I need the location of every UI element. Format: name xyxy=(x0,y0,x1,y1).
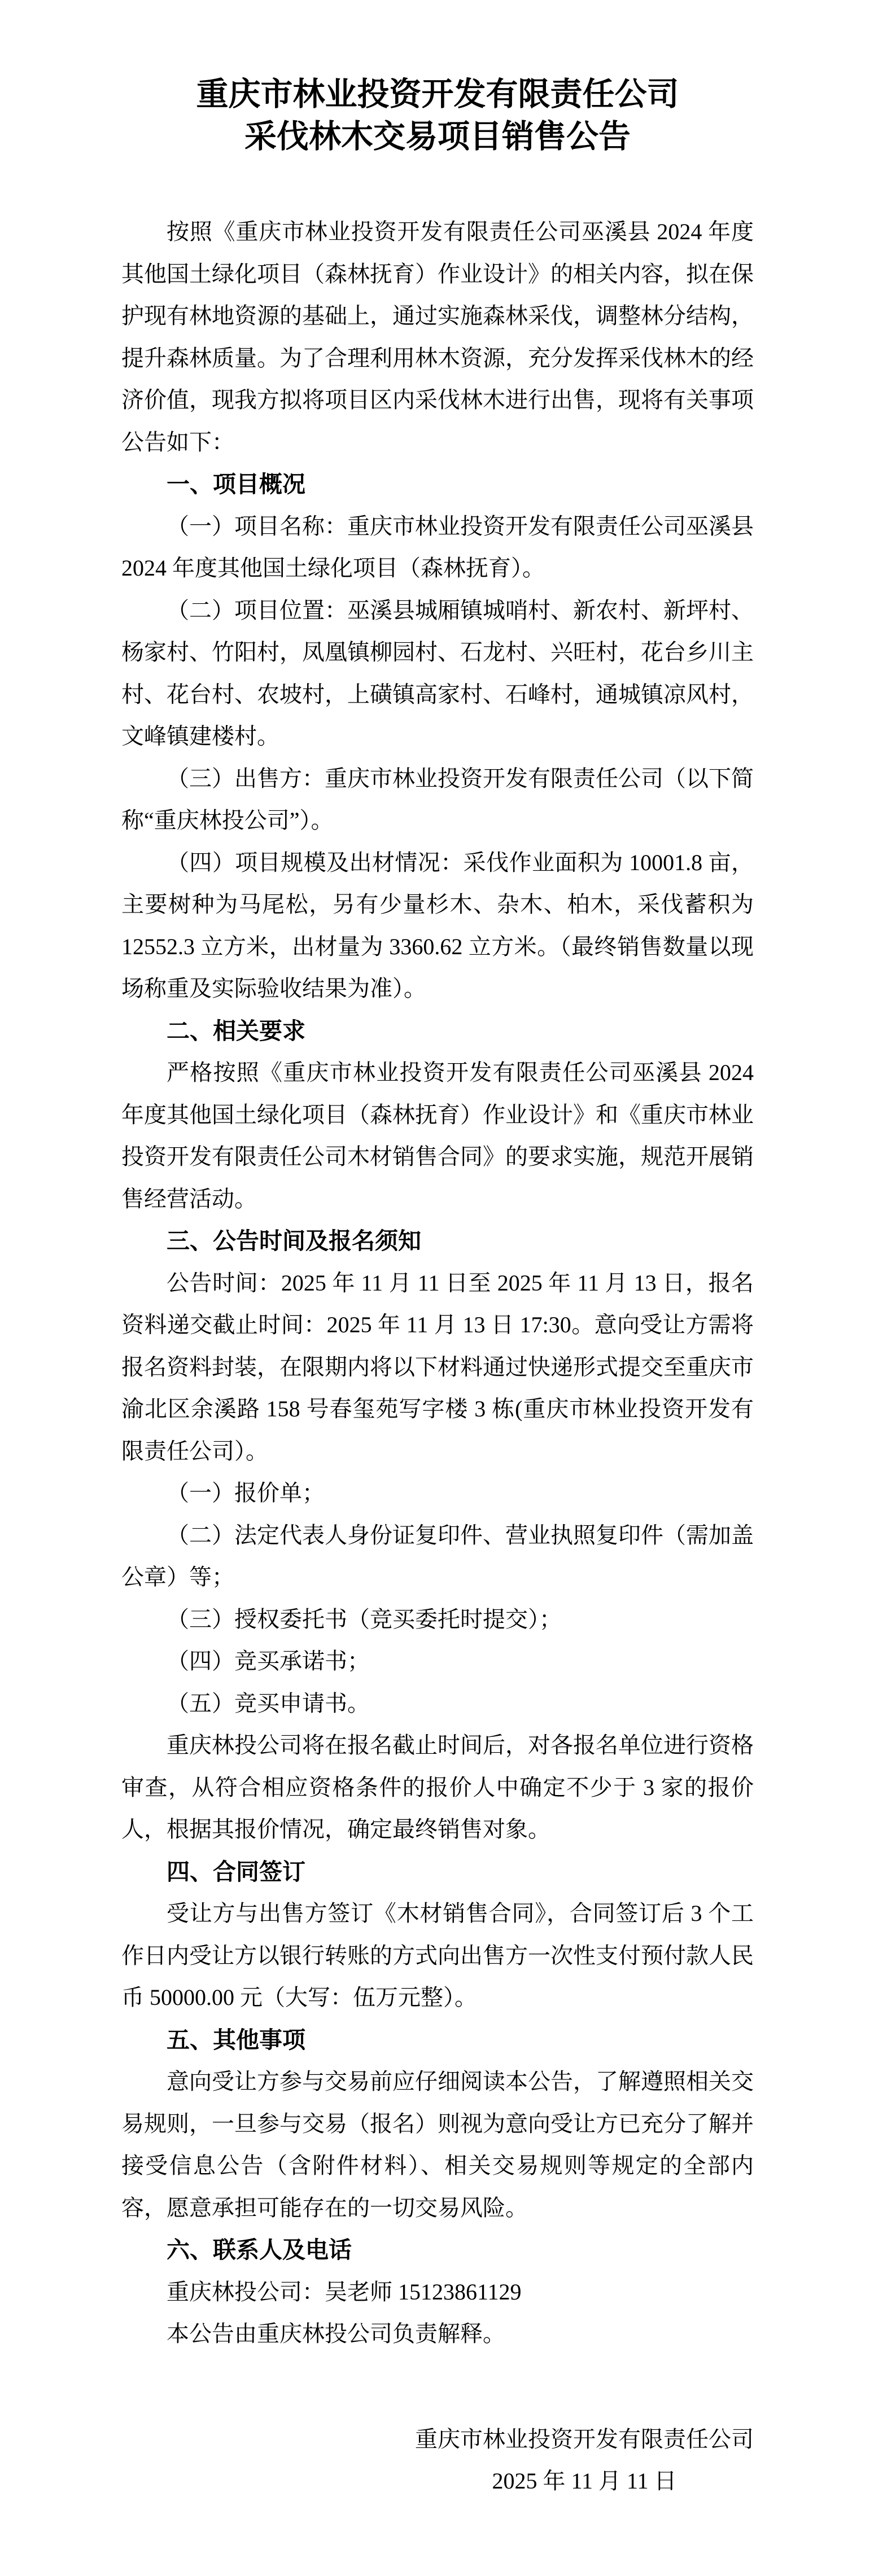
paragraph: （三）授权委托书（竞买委托时提交）； xyxy=(121,1599,754,1641)
paragraph: 受让方与出售方签订《木材销售合同》，合同签订后 3 个工作日内受让方以银行转账的… xyxy=(121,1893,754,2019)
paragraph: 公告时间：2025 年 11 月 11 日至 2025 年 11 月 13 日，… xyxy=(121,1262,754,1473)
section-heading: 一、项目概况 xyxy=(121,463,754,506)
paragraph: 按照《重庆市林业投资开发有限责任公司巫溪县 2024 年度其他国土绿化项目（森林… xyxy=(121,211,754,463)
section-heading: 五、其他事项 xyxy=(121,2019,754,2061)
document-title-line-2: 采伐林木交易项目销售公告 xyxy=(121,116,754,158)
paragraph: （二）法定代表人身份证复印件、营业执照复印件（需加盖公章）等； xyxy=(121,1515,754,1599)
section-heading: 二、相关要求 xyxy=(121,1010,754,1052)
paragraph: （二）项目位置：巫溪县城厢镇城哨村、新农村、新坪村、杨家村、竹阳村，凤凰镇柳园村… xyxy=(121,590,754,758)
paragraph: （一）项目名称：重庆市林业投资开发有限责任公司巫溪县 2024 年度其他国土绿化… xyxy=(121,506,754,590)
paragraph: （三）出售方：重庆市林业投资开发有限责任公司（以下简称“重庆林投公司”）。 xyxy=(121,758,754,842)
signature-date: 2025 年 11 月 11 日 xyxy=(415,2460,754,2503)
signature-company: 重庆市林业投资开发有限责任公司 xyxy=(415,2419,754,2461)
paragraph: （四）竞买承诺书； xyxy=(121,1640,754,1683)
document-title: 重庆市林业投资开发有限责任公司 采伐林木交易项目销售公告 xyxy=(121,73,754,158)
paragraph: 重庆林投公司将在报名截止时间后，对各报名单位进行资格审查，从符合相应资格条件的报… xyxy=(121,1724,754,1851)
document-body: 按照《重庆市林业投资开发有限责任公司巫溪县 2024 年度其他国土绿化项目（森林… xyxy=(121,211,754,2355)
paragraph: 意向受让方参与交易前应仔细阅读本公告，了解遵照相关交易规则，一旦参与交易（报名）… xyxy=(121,2061,754,2229)
paragraph: 本公告由重庆林投公司负责解释。 xyxy=(121,2313,754,2355)
paragraph: （一）报价单； xyxy=(121,1472,754,1515)
paragraph: （五）竞买申请书。 xyxy=(121,1683,754,1725)
section-heading: 四、合同签订 xyxy=(121,1851,754,1893)
paragraph: 严格按照《重庆市林业投资开发有限责任公司巫溪县 2024 年度其他国土绿化项目（… xyxy=(121,1052,754,1220)
paragraph: （四）项目规模及出材情况：采伐作业面积为 10001.8 亩，主要树种为马尾松，… xyxy=(121,842,754,1010)
section-heading: 三、公告时间及报名须知 xyxy=(121,1220,754,1262)
signature-block: 重庆市林业投资开发有限责任公司 2025 年 11 月 11 日 xyxy=(415,2419,754,2503)
announcement-document: 重庆市林业投资开发有限责任公司 采伐林木交易项目销售公告 按照《重庆市林业投资开… xyxy=(0,0,896,2576)
document-title-line-1: 重庆市林业投资开发有限责任公司 xyxy=(121,73,754,116)
section-heading: 六、联系人及电话 xyxy=(121,2229,754,2271)
paragraph: 重庆林投公司：吴老师 15123861129 xyxy=(121,2271,754,2314)
